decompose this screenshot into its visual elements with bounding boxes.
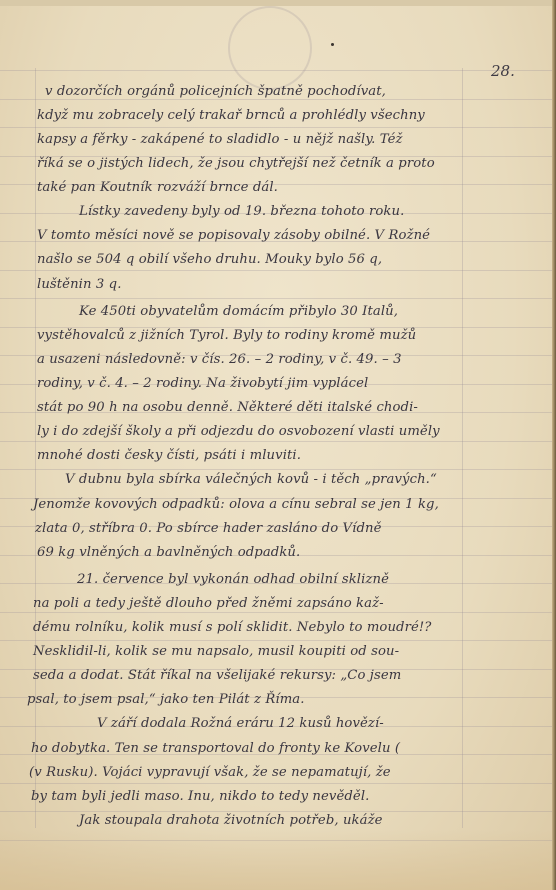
ruled-line [0, 270, 556, 271]
left-margin-line [35, 68, 36, 828]
ruled-line [0, 441, 556, 442]
ruled-line [0, 70, 556, 71]
text-line: když mu zobracely celý trakař brnců a pr… [37, 108, 425, 123]
paper-stain [0, 830, 556, 890]
text-line: V září dodala Rožná eráru 12 kusů hovězí… [97, 716, 384, 731]
text-line: (v Rusku). Vojáci vypravují však, že se … [29, 765, 391, 780]
text-line: Ke 450ti obyvatelům domácím přibylo 30 I… [79, 304, 398, 319]
ruled-line [0, 783, 556, 784]
text-line: vystěhovalců z jižních Tyrol. Byly to ro… [37, 328, 416, 343]
ruled-line [0, 612, 556, 613]
text-line: 21. července byl vykonán odhad obilní sk… [77, 572, 389, 587]
text-line: říká se o jistých lidech, že jsou chytře… [37, 156, 435, 171]
text-line: psal, to jsem psal,“ jako ten Pilát z Ří… [27, 692, 305, 707]
ink-dot [331, 43, 334, 46]
ruled-line [0, 640, 556, 641]
text-line: také pan Koutník rozváží brnce dál. [37, 180, 278, 195]
archive-stamp [228, 6, 312, 90]
ruled-line [0, 127, 556, 128]
text-line: zlata 0, stříbra 0. Po sbírce hader zasl… [35, 521, 382, 536]
text-line: rodiny, v č. 4. – 2 rodiny. Na živobytí … [37, 376, 368, 391]
text-line: Jak stoupala drahota životních potřeb, u… [79, 813, 383, 828]
text-line: luštěnin 3 q. [37, 277, 122, 292]
text-line: Lístky zavedeny byly od 19. března tohot… [79, 204, 404, 219]
document-page: 28. v dozorčích orgánů policejních špatn… [0, 0, 556, 890]
right-margin-line [462, 68, 463, 828]
text-line: ho dobytka. Ten se transportoval do fron… [31, 741, 400, 756]
text-line: Nesklidil-li, kolik se mu napsalo, musil… [33, 644, 399, 659]
text-line: V tomto měsíci nově se popisovaly zásoby… [37, 228, 430, 243]
text-line: v dozorčích orgánů policejních špatně po… [45, 84, 386, 99]
text-line: seda a dodat. Stát říkal na všelijaké re… [33, 668, 401, 683]
text-line: na poli a tedy ještě dlouho před žněmi z… [33, 596, 384, 611]
text-line: kapsy a fěrky - zakápené to sladidlo - u… [37, 132, 403, 147]
text-line: V dubnu byla sbírka válečných kovů - i t… [65, 472, 437, 487]
page-number: 28. [491, 62, 515, 80]
text-line: stát po 90 h na osobu denně. Některé dět… [37, 400, 418, 415]
ruled-line [0, 298, 556, 299]
text-line: 69 kg vlněných a bavlněných odpadků. [37, 545, 300, 560]
text-line: ly i do zdejší školy a při odjezdu do os… [37, 424, 440, 439]
text-line: dému rolníku, kolik musí s polí sklidit.… [33, 620, 431, 635]
text-line: by tam byli jedli maso. Inu, nikdo to te… [31, 789, 369, 804]
text-line: našlo se 504 q obilí všeho druhu. Mouky … [37, 252, 382, 267]
text-line: mnohé dosti česky čísti, psáti i mluviti… [37, 448, 301, 463]
ruled-line [0, 99, 556, 100]
text-line: a usazeni následovně: v čís. 26. – 2 rod… [37, 352, 402, 367]
ruled-line [0, 469, 556, 470]
text-line: Jenomže kovových odpadků: olova a cínu s… [33, 497, 439, 512]
